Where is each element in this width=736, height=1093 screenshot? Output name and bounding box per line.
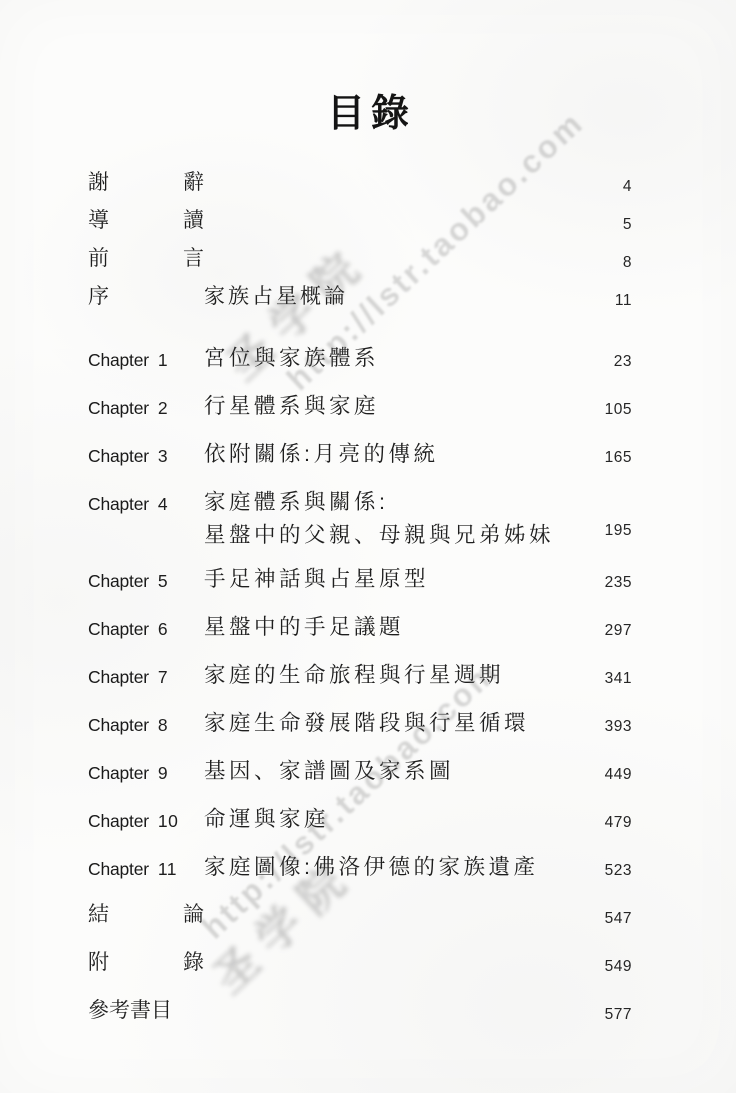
page-title: 目錄 [0,82,736,137]
chapter-number: 10 [158,811,178,831]
chapters-section: Chapter1 宮位與家族體系 23 Chapter2 行星體系與家庭 105… [88,346,632,883]
chapter-title-line: 家庭的生命旅程與行星週期 [204,663,584,687]
label-char: 辭 [183,172,204,194]
chapter-title: 宮位與家族體系 [204,346,584,370]
entry-title: 家族占星概論 [204,286,584,308]
front-matter-section: 謝辭 4 導讀 5 前言 8 序 家族占星概論 11 [88,172,632,312]
chapter-label: Chapter2 [88,394,204,422]
chapter-title-line: 手足神話與占星原型 [204,567,584,591]
chapter-word: Chapter [88,350,149,370]
entry-page-number: 297 [584,615,632,643]
entry-page-number: 393 [584,711,632,739]
chapter-word: Chapter [88,811,149,831]
entry-page-number: 547 [584,903,632,931]
toc-entry-chapter: Chapter9 基因、家譜圖及家系圖 449 [88,759,632,787]
chapter-title-line: 宮位與家族體系 [204,346,584,370]
entry-page-number: 341 [584,663,632,691]
toc-entry-chapter: Chapter8 家庭生命發展階段與行星循環 393 [88,711,632,739]
entry-page-number: 195 [584,519,632,547]
chapter-label: Chapter11 [88,855,204,883]
chapter-title: 家庭的生命旅程與行星週期 [204,663,584,687]
entry-page-number: 105 [584,394,632,422]
chapter-word: Chapter [88,494,149,514]
chapter-word: Chapter [88,715,149,735]
label-char: 結 [88,903,109,927]
toc-entry-chapter: Chapter11 家庭圖像:佛洛伊德的家族遺產 523 [88,855,632,883]
chapter-label: Chapter7 [88,663,204,691]
chapter-word: Chapter [88,398,149,418]
entry-page-number: 8 [584,248,632,274]
toc-entry: 參考書目 577 [88,999,632,1027]
chapter-title-line: 行星體系與家庭 [204,394,584,418]
label-char: 謝 [88,172,109,194]
chapter-label: Chapter8 [88,711,204,739]
toc-entry-chapter: Chapter6 星盤中的手足議題 297 [88,615,632,643]
chapter-label: Chapter4 [88,490,204,518]
chapter-label: Chapter5 [88,567,204,595]
chapter-title: 依附關係:月亮的傳統 [204,442,584,466]
entry-page-number: 523 [584,855,632,883]
entry-page-number: 23 [584,346,632,374]
chapter-title: 家庭生命發展階段與行星循環 [204,711,584,735]
entry-page-number: 11 [584,286,632,312]
toc-entry-chapter: Chapter10 命運與家庭 479 [88,807,632,835]
label-char: 錄 [183,951,204,975]
chapter-title-line: 星盤中的父親、母親與兄弟姊妹 [204,523,584,547]
chapter-title: 行星體系與家庭 [204,394,584,418]
chapter-number: 9 [158,763,168,783]
label-char: 讀 [183,210,204,232]
toc-entry: 序 家族占星概論 11 [88,286,632,312]
toc-entry-chapter: Chapter7 家庭的生命旅程與行星週期 341 [88,663,632,691]
entry-label: 結論 [88,903,204,927]
toc-entry: 附錄 549 [88,951,632,979]
entry-label: 附錄 [88,951,204,975]
chapter-title-line: 家庭體系與關係: [204,490,584,514]
entry-label: 序 [88,286,204,308]
entry-page-number: 5 [584,210,632,236]
chapter-title: 星盤中的手足議題 [204,615,584,639]
entry-label: 導讀 [88,210,204,232]
entry-label: 參考書目 [88,999,204,1023]
chapter-title: 家庭體系與關係:星盤中的父親、母親與兄弟姊妹 [204,490,584,547]
chapter-word: Chapter [88,763,149,783]
back-matter-section: 結論 547 附錄 549 參考書目 577 [88,903,632,1027]
chapter-word: Chapter [88,571,149,591]
label-char: 言 [183,248,204,270]
entry-label: 前言 [88,248,204,270]
label-char: 前 [88,248,109,270]
chapter-title-line: 基因、家譜圖及家系圖 [204,759,584,783]
chapter-title: 家庭圖像:佛洛伊德的家族遺產 [204,855,584,879]
toc-list: 謝辭 4 導讀 5 前言 8 序 家族占星概論 11 Chapter1 宮位與家… [88,172,632,1047]
chapter-number: 7 [158,667,168,687]
chapter-title: 手足神話與占星原型 [204,567,584,591]
entry-page-number: 577 [584,999,632,1027]
chapter-title-line: 命運與家庭 [204,807,584,831]
toc-entry: 導讀 5 [88,210,632,236]
toc-entry: 結論 547 [88,903,632,931]
toc-entry-chapter: Chapter3 依附關係:月亮的傳統 165 [88,442,632,470]
toc-entry: 前言 8 [88,248,632,274]
chapter-number: 6 [158,619,168,639]
chapter-number: 3 [158,446,168,466]
scanned-toc-page: 圣学院 http://lstr.taobao.com http://lstr.t… [0,0,736,1093]
chapter-title: 命運與家庭 [204,807,584,831]
chapter-title: 基因、家譜圖及家系圖 [204,759,584,783]
chapter-label: Chapter10 [88,807,204,835]
entry-page-number: 549 [584,951,632,979]
chapter-title-line: 依附關係:月亮的傳統 [204,442,584,466]
chapter-title-line: 家庭生命發展階段與行星循環 [204,711,584,735]
label-char: 附 [88,951,109,975]
chapter-word: Chapter [88,619,149,639]
chapter-word: Chapter [88,667,149,687]
entry-page-number: 479 [584,807,632,835]
label-char: 導 [88,210,109,232]
chapter-title-line: 星盤中的手足議題 [204,615,584,639]
label-char: 論 [183,903,204,927]
chapter-word: Chapter [88,446,149,466]
toc-entry-chapter: Chapter4 家庭體系與關係:星盤中的父親、母親與兄弟姊妹 195 [88,490,632,547]
entry-label: 謝辭 [88,172,204,194]
chapter-number: 5 [158,571,168,591]
toc-entry-chapter: Chapter1 宮位與家族體系 23 [88,346,632,374]
toc-entry-chapter: Chapter5 手足神話與占星原型 235 [88,567,632,595]
entry-page-number: 165 [584,442,632,470]
chapter-number: 11 [158,859,177,879]
chapter-number: 8 [158,715,168,735]
chapter-word: Chapter [88,859,149,879]
chapter-number: 4 [158,494,168,514]
toc-entry: 謝辭 4 [88,172,632,198]
chapter-title-line: 家庭圖像:佛洛伊德的家族遺產 [204,855,584,879]
chapter-label: Chapter3 [88,442,204,470]
entry-page-number: 449 [584,759,632,787]
entry-page-number: 235 [584,567,632,595]
chapter-label: Chapter9 [88,759,204,787]
chapter-number: 2 [158,398,168,418]
entry-page-number: 4 [584,172,632,198]
chapter-label: Chapter1 [88,346,204,374]
toc-entry-chapter: Chapter2 行星體系與家庭 105 [88,394,632,422]
chapter-number: 1 [158,350,168,370]
chapter-label: Chapter6 [88,615,204,643]
